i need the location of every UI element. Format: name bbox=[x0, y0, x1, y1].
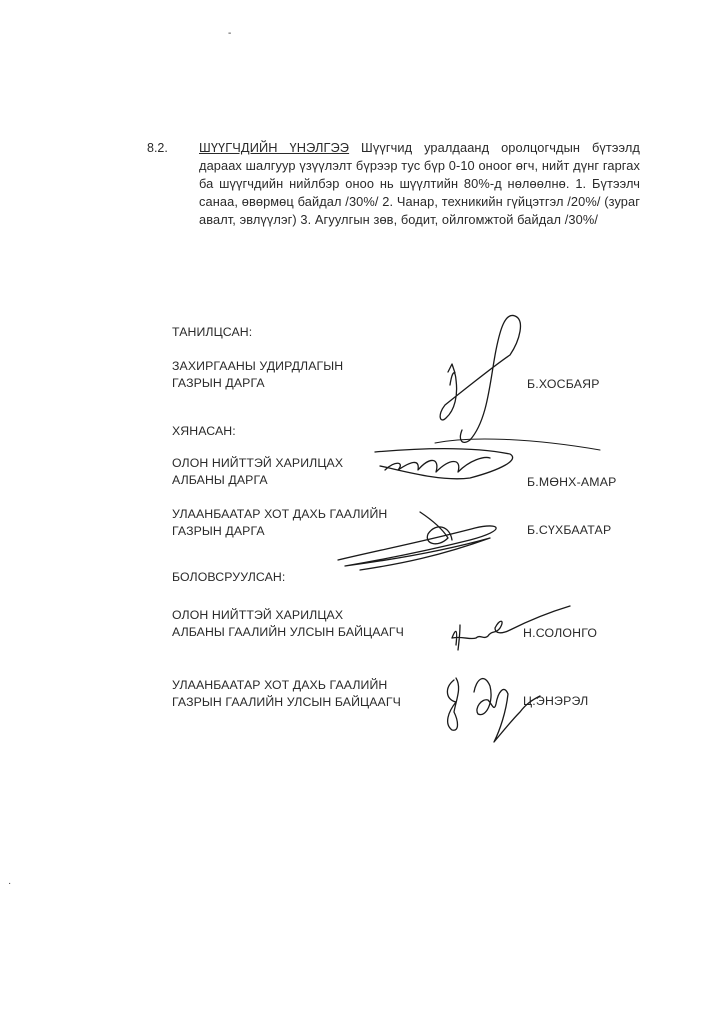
acknowledged-label: ТАНИЛЦСАН: bbox=[172, 324, 252, 341]
signature-3 bbox=[420, 512, 452, 544]
signatory-title: УЛААНБААТАР ХОТ ДАХЬ ГААЛИЙН ГАЗРЫН ДАРГ… bbox=[172, 506, 387, 540]
signature-5 bbox=[447, 678, 458, 730]
signature-1 bbox=[440, 315, 520, 442]
signatory-title: ОЛОН НИЙТТЭЙ ХАРИЛЦАХ АЛБАНЫ ДАРГА bbox=[172, 455, 343, 489]
signatory-name: Б.МӨНХ-АМАР bbox=[527, 475, 617, 489]
reviewed-label: ХЯНАСАН: bbox=[172, 423, 236, 440]
signatory-title: ЗАХИРГААНЫ УДИРДЛАГЫН ГАЗРЫН ДАРГА bbox=[172, 358, 343, 392]
signatory-name: Б.ХОСБАЯР bbox=[527, 377, 600, 391]
signatory-title: ОЛОН НИЙТТЭЙ ХАРИЛЦАХ АЛБАНЫ ГААЛИЙН УЛС… bbox=[172, 607, 404, 641]
scan-speck: · bbox=[8, 878, 11, 889]
signatory-name: Ц.ЭНЭРЭЛ bbox=[523, 694, 588, 708]
section-number: 8.2. bbox=[147, 141, 168, 155]
signatory-title: УЛААНБААТАР ХОТ ДАХЬ ГААЛИЙН ГАЗРЫН ГААЛ… bbox=[172, 677, 401, 711]
signatory-name: Б.СҮХБААТАР bbox=[527, 523, 611, 537]
signature-2 bbox=[375, 449, 513, 479]
section-paragraph: ШҮҮГЧДИЙН ҮНЭЛГЭЭ Шүүгчид уралдаанд орол… bbox=[199, 139, 640, 229]
prepared-label: БОЛОВСРУУЛСАН: bbox=[172, 569, 285, 586]
section-heading: ШҮҮГЧДИЙН ҮНЭЛГЭЭ bbox=[199, 140, 349, 155]
scan-speck: - bbox=[228, 28, 231, 39]
signatory-name: Н.СОЛОНГО bbox=[523, 626, 597, 640]
